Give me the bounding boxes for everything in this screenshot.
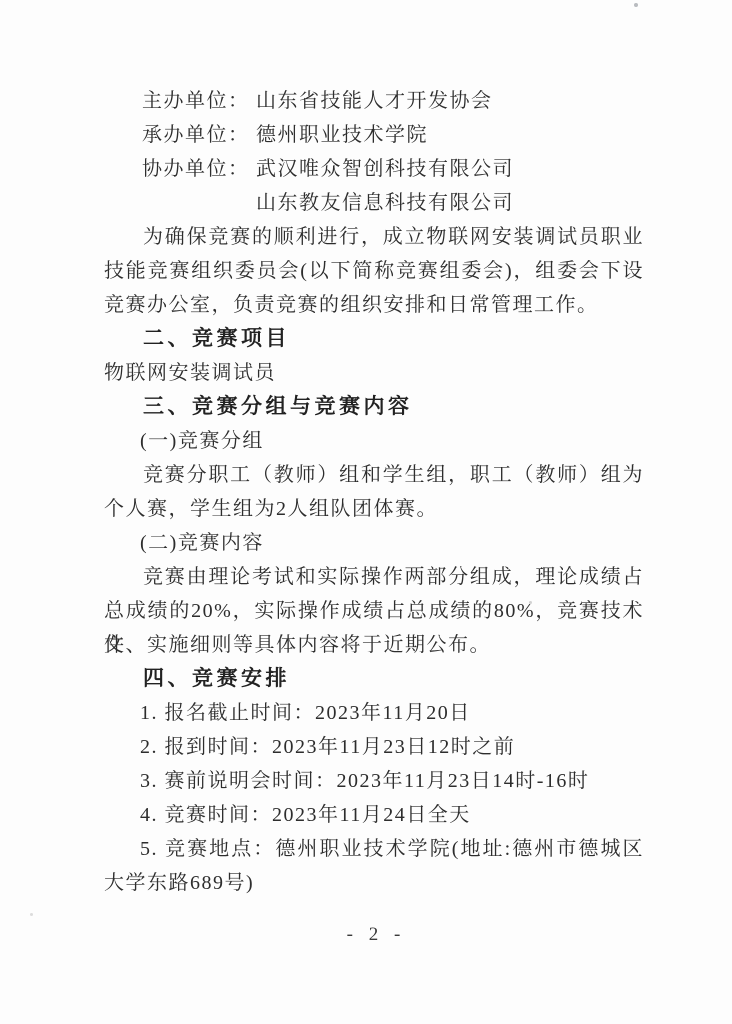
document-content: 主办单位：山东省技能人才开发协会 承办单位：德州职业技术学院 协办单位：武汉唯众… bbox=[104, 84, 644, 946]
section-body: 物联网安装调试员 bbox=[104, 356, 644, 390]
intro-line: 技能竞赛组织委员会(以下简称竞赛组委会)，组委会下设 bbox=[104, 254, 644, 288]
subsection-heading: (二)竞赛内容 bbox=[140, 526, 644, 560]
section-heading: 四、竞赛安排 bbox=[143, 662, 644, 696]
organizer-block: 主办单位：山东省技能人才开发协会 承办单位：德州职业技术学院 协办单位：武汉唯众… bbox=[104, 84, 644, 220]
section-groups-and-content: 三、竞赛分组与竞赛内容 (一)竞赛分组 竞赛分职工（教师）组和学生组，职工（教师… bbox=[104, 390, 644, 662]
organizer-label: 主办单位： bbox=[142, 84, 256, 118]
subsection-heading: (一)竞赛分组 bbox=[140, 424, 644, 458]
organizer-row: 承办单位：德州职业技术学院 bbox=[142, 118, 644, 152]
schedule-item: 2. 报到时间：2023年11月23日12时之前 bbox=[140, 730, 644, 764]
schedule-item-continuation: 大学东路689号) bbox=[104, 866, 644, 900]
organizer-value: 德州职业技术学院 bbox=[256, 118, 428, 152]
paragraph-line: 个人赛，学生组为2人组队团体赛。 bbox=[104, 492, 644, 526]
organizer-label bbox=[142, 186, 256, 220]
organizer-row: 主办单位：山东省技能人才开发协会 bbox=[142, 84, 644, 118]
document-page: 主办单位：山东省技能人才开发协会 承办单位：德州职业技术学院 协办单位：武汉唯众… bbox=[0, 0, 732, 1024]
page-footer: - 2 - bbox=[104, 924, 644, 946]
schedule-item: 3. 赛前说明会时间：2023年11月23日14时-16时 bbox=[140, 764, 644, 798]
paragraph-line: 竞赛由理论考试和实际操作两部分组成，理论成绩占 bbox=[104, 560, 644, 594]
organizer-label: 协办单位： bbox=[142, 152, 256, 186]
organizer-row: 山东教友信息科技有限公司 bbox=[142, 186, 644, 220]
intro-line: 为确保竞赛的顺利进行，成立物联网安装调试员职业 bbox=[104, 220, 644, 254]
organizer-value: 武汉唯众智创科技有限公司 bbox=[256, 152, 514, 186]
paragraph-line: 总成绩的20%，实际操作成绩占总成绩的80%，竞赛技术文 bbox=[104, 594, 644, 628]
section-heading: 三、竞赛分组与竞赛内容 bbox=[143, 390, 644, 424]
schedule-item: 1. 报名截止时间：2023年11月20日 bbox=[140, 696, 644, 730]
intro-paragraph: 为确保竞赛的顺利进行，成立物联网安装调试员职业 技能竞赛组织委员会(以下简称竞赛… bbox=[104, 220, 644, 322]
section-competition-event: 二、竞赛项目 物联网安装调试员 bbox=[104, 322, 644, 390]
organizer-value: 山东教友信息科技有限公司 bbox=[256, 186, 514, 220]
scan-speck bbox=[30, 913, 33, 916]
paragraph-line: 竞赛分职工（教师）组和学生组，职工（教师）组为 bbox=[104, 458, 644, 492]
intro-line: 竞赛办公室，负责竞赛的组织安排和日常管理工作。 bbox=[104, 288, 644, 322]
schedule-item: 5. 竞赛地点：德州职业技术学院(地址:德州市德城区 bbox=[140, 832, 644, 866]
organizer-value: 山东省技能人才开发协会 bbox=[256, 84, 493, 118]
organizer-row: 协办单位：武汉唯众智创科技有限公司 bbox=[142, 152, 644, 186]
section-schedule: 四、竞赛安排 1. 报名截止时间：2023年11月20日 2. 报到时间：202… bbox=[104, 662, 644, 900]
organizer-label: 承办单位： bbox=[142, 118, 256, 152]
page-number: - 2 - bbox=[104, 924, 644, 946]
section-heading: 二、竞赛项目 bbox=[143, 322, 644, 356]
scan-speck bbox=[634, 3, 638, 7]
paragraph-line: 件、实施细则等具体内容将于近期公布。 bbox=[104, 628, 644, 662]
schedule-item: 4. 竞赛时间：2023年11月24日全天 bbox=[140, 798, 644, 832]
